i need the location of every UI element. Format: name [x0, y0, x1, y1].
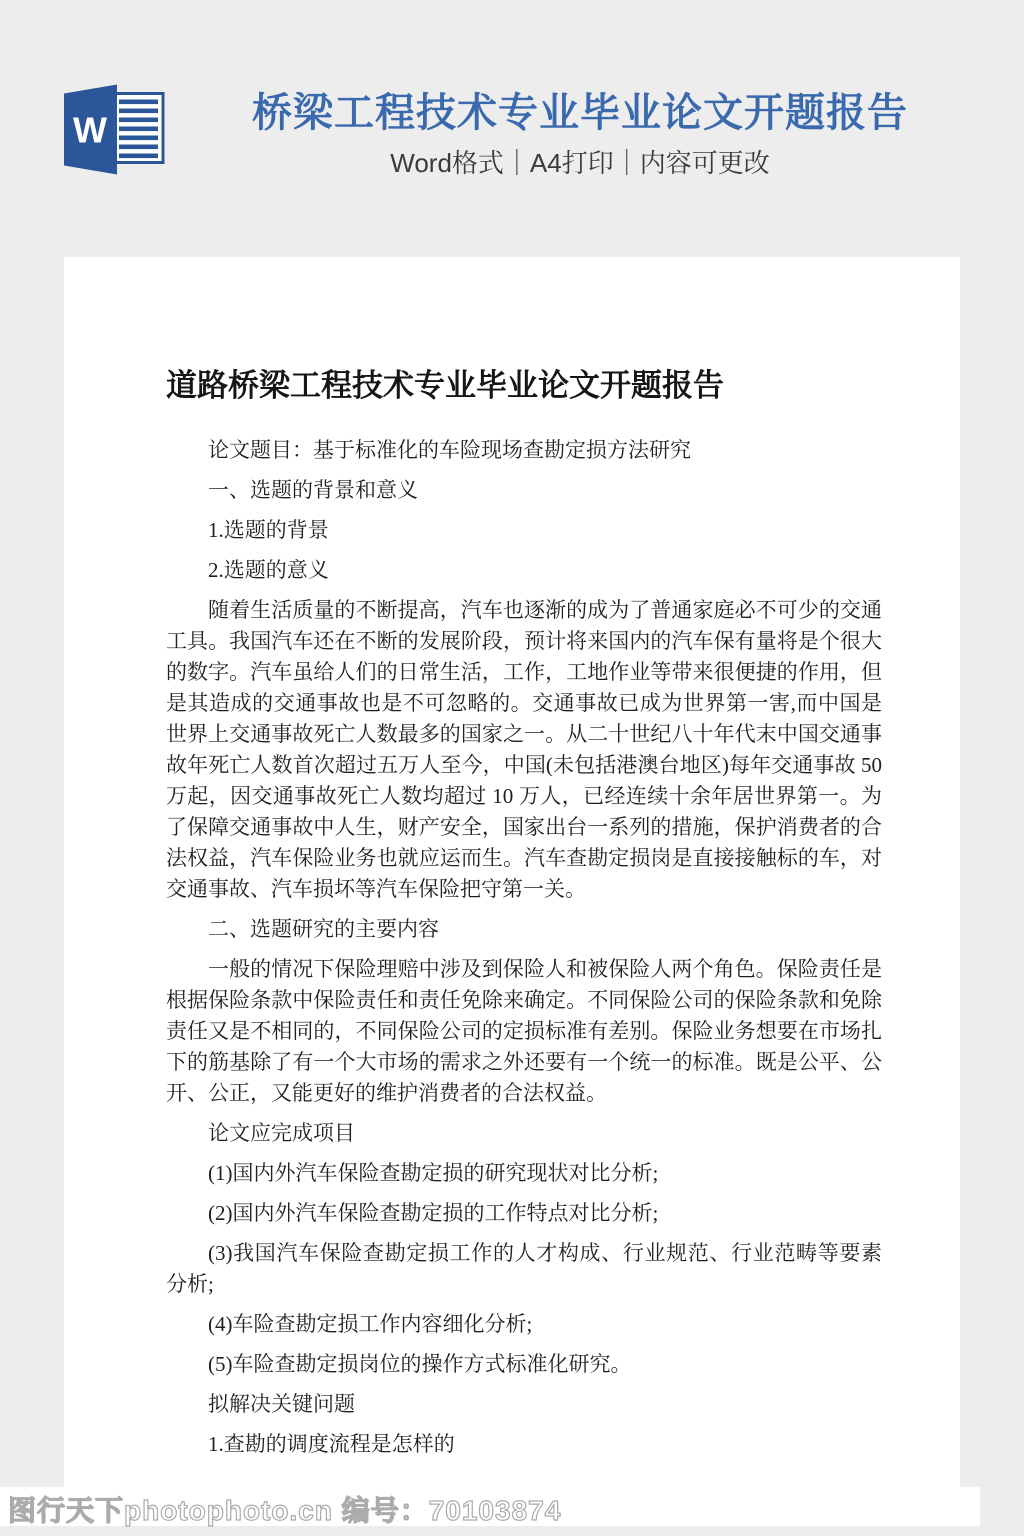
doc-title: 道路桥梁工程技术专业毕业论文开题报告 — [166, 365, 882, 407]
doc-paragraph: 一般的情况下保险理赔中涉及到保险人和被保险人两个角色。保险责任是根据保险条款中保… — [166, 954, 882, 1109]
doc-paragraph: 论文题目：基于标准化的车险现场查勘定损方法研究 — [166, 435, 882, 466]
doc-paragraph: 1.选题的背景 — [166, 515, 882, 546]
doc-paragraph: (4)车险查勘定损工作内容细化分析; — [166, 1309, 882, 1340]
doc-paragraph: (5)车险查勘定损岗位的操作方式标准化研究。 — [166, 1349, 882, 1380]
header: W 桥梁工程技术专业毕业论文开题报告 Word格式｜A4打印｜内容可更改 — [0, 0, 1024, 256]
doc-body: 论文题目：基于标准化的车险现场查勘定损方法研究 一、选题的背景和意义 1.选题的… — [166, 435, 882, 1460]
doc-paragraph: (2)国内外汽车保险查勘定损的工作特点对比分析; — [166, 1198, 882, 1229]
doc-paragraph: 一、选题的背景和意义 — [166, 475, 882, 506]
word-icon: W — [64, 83, 166, 176]
doc-paragraph: 1.查勘的调度流程是怎样的 — [166, 1429, 882, 1460]
page-title: 桥梁工程技术专业毕业论文开题报告 — [166, 88, 994, 138]
doc-paragraph: (3)我国汽车保险查勘定损工作的人才构成、行业规范、行业范畴等要素分析; — [166, 1238, 882, 1300]
doc-paragraph: (1)国内外汽车保险查勘定损的研究现状对比分析; — [166, 1158, 882, 1189]
document-card: 道路桥梁工程技术专业毕业论文开题报告 论文题目：基于标准化的车险现场查勘定损方法… — [64, 257, 960, 1526]
page-subtitle: Word格式｜A4打印｜内容可更改 — [166, 148, 994, 178]
doc-paragraph: 二、选题研究的主要内容 — [166, 914, 882, 945]
watermark-text: 图行天下photophoto.cn 编号：70103874 — [8, 1489, 561, 1529]
doc-paragraph: 拟解决关键问题 — [166, 1389, 882, 1420]
doc-paragraph: 随着生活质量的不断提高，汽车也逐渐的成为了普通家庭必不可少的交通工具。我国汽车还… — [166, 595, 882, 905]
watermark-bar: 图行天下photophoto.cn 编号：70103874 — [0, 1487, 980, 1526]
svg-text:W: W — [73, 110, 107, 151]
doc-paragraph: 2.选题的意义 — [166, 555, 882, 586]
header-text-block: 桥梁工程技术专业毕业论文开题报告 Word格式｜A4打印｜内容可更改 — [166, 88, 994, 178]
doc-paragraph: 论文应完成项目 — [166, 1118, 882, 1149]
